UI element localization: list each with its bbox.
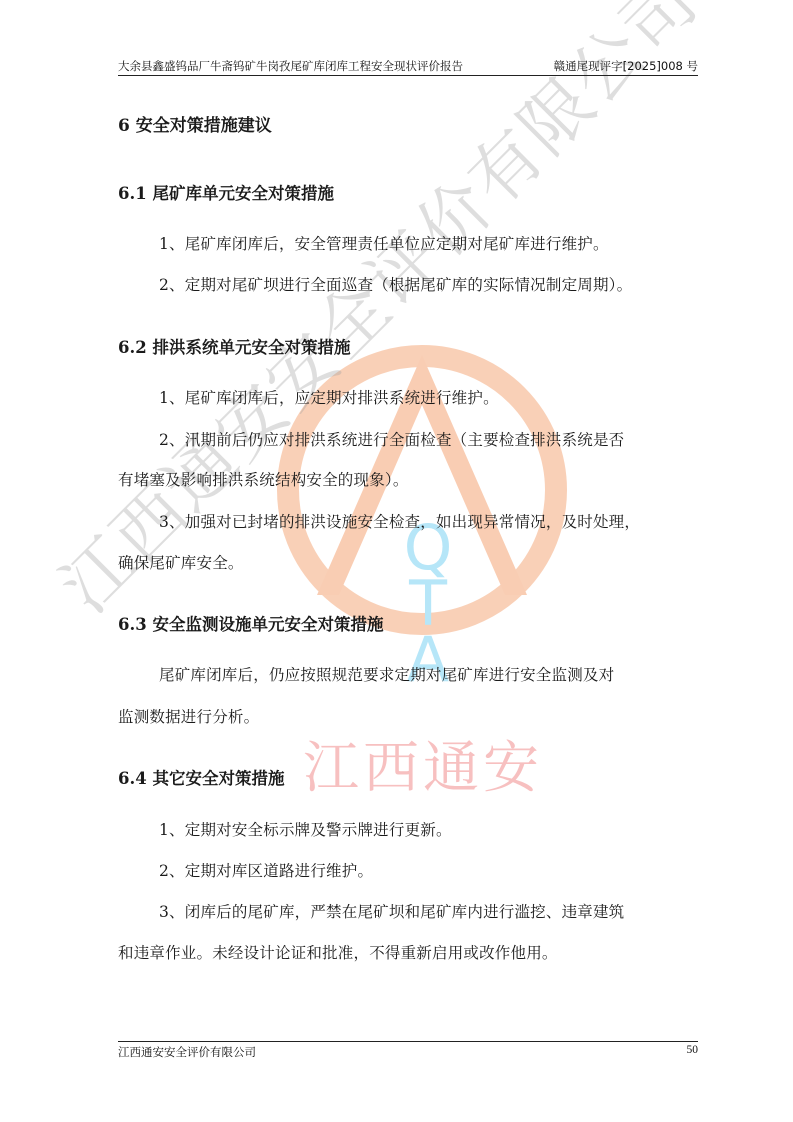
section-heading-6-4: 6.4 其它安全对策措施 [118, 765, 284, 789]
footer-company: 江西通安安全评价有限公司 [118, 1044, 256, 1060]
paragraph: 1、尾矿库闭库后，应定期对排洪系统进行维护。 [159, 386, 499, 408]
paragraph-continuation: 和违章作业。未经设计论证和批准，不得重新启用或改作他用。 [118, 941, 558, 963]
body-content: 6 安全对策措施建议 6.1 尾矿库单元安全对策措施 1、尾矿库闭库后，安全管理… [0, 0, 793, 1122]
section-heading-6-3: 6.3 安全监测设施单元安全对策措施 [118, 611, 383, 635]
paragraph: 1、定期对安全标示牌及警示牌进行更新。 [159, 818, 452, 840]
paragraph: 2、汛期前后仍应对排洪系统进行全面检查（主要检查排洪系统是否 [159, 428, 624, 450]
page-footer: 江西通安安全评价有限公司 50 [118, 1041, 698, 1060]
paragraph-continuation: 有堵塞及影响排洪系统结构安全的现象）。 [118, 468, 409, 490]
paragraph-continuation: 监测数据进行分析。 [118, 705, 259, 727]
paragraph-continuation: 确保尾矿库安全。 [118, 551, 244, 573]
section-heading-6-1: 6.1 尾矿库单元安全对策措施 [118, 180, 334, 204]
chapter-title: 6 安全对策措施建议 [118, 111, 272, 136]
paragraph: 3、加强对已封堵的排洪设施安全检查，如出现异常情况，及时处理， [159, 510, 640, 532]
section-heading-6-2: 6.2 排洪系统单元安全对策措施 [118, 334, 350, 358]
paragraph: 尾矿库闭库后，仍应按照规范要求定期对尾矿库进行安全监测及对 [159, 663, 614, 685]
document-page: Q T A 江西通安 江西通安安全评价有限公司 大余县鑫盛钨品厂牛斋钨矿牛岗孜尾… [0, 0, 793, 1122]
paragraph: 3、闭库后的尾矿库，严禁在尾矿坝和尾矿库内进行滥挖、违章建筑 [159, 900, 624, 922]
paragraph: 2、定期对库区道路进行维护。 [159, 859, 373, 881]
page-number: 50 [687, 1044, 699, 1056]
paragraph: 2、定期对尾矿坝进行全面巡查（根据尾矿库的实际情况制定周期）。 [159, 273, 632, 295]
paragraph: 1、尾矿库闭库后，安全管理责任单位应定期对尾矿库进行维护。 [159, 232, 609, 254]
